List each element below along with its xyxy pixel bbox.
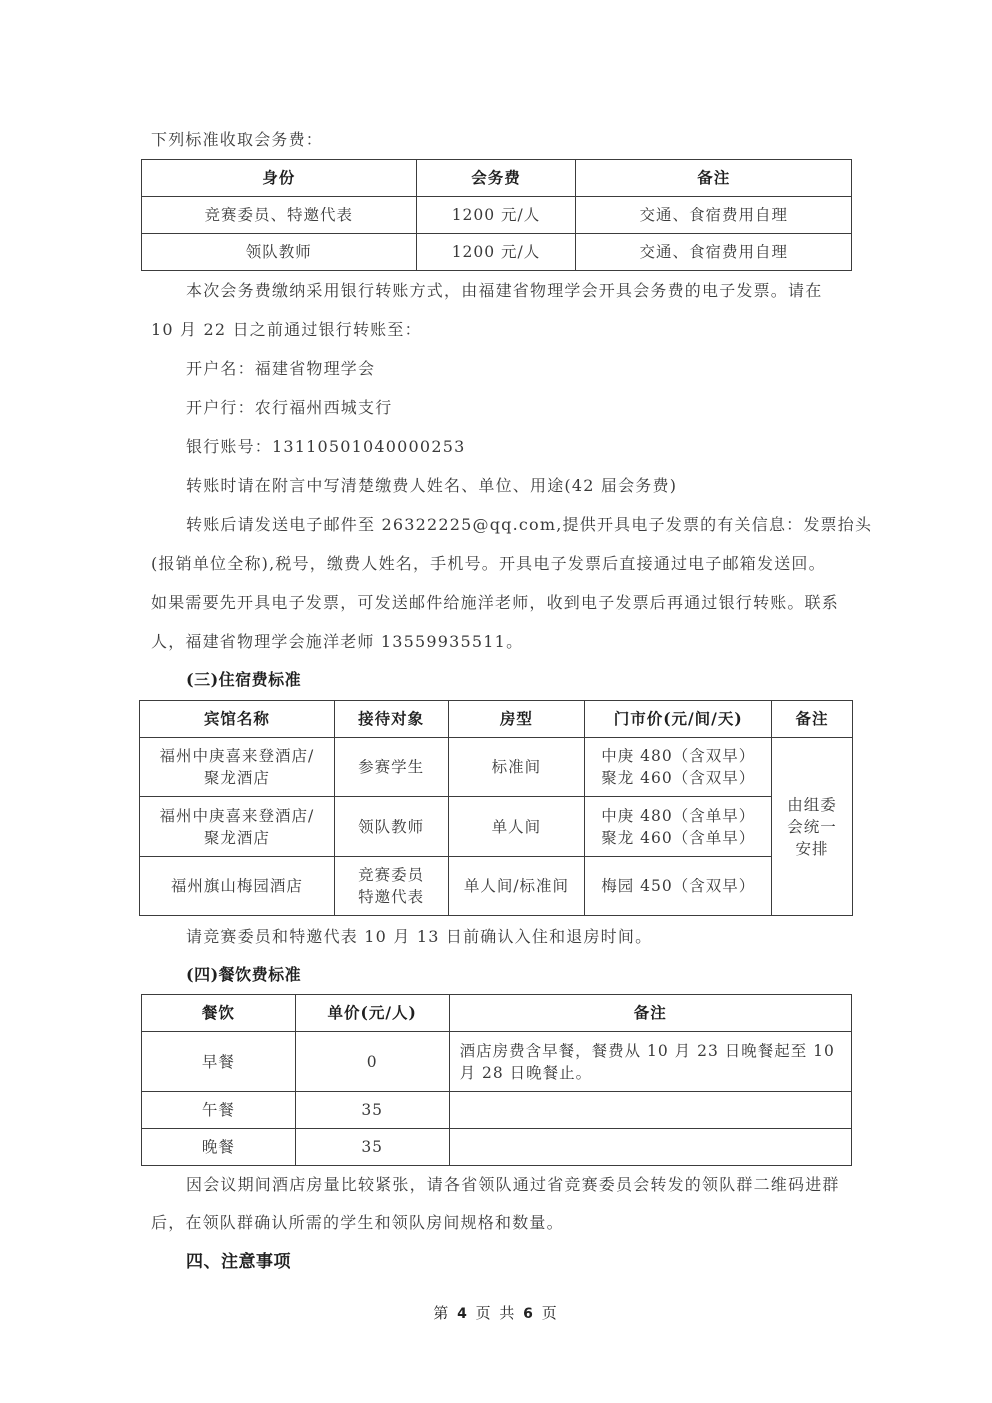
cell-price: 35	[295, 1092, 449, 1129]
payment-paragraph-line2: 10 月 22 日之前通过银行转账至：	[151, 320, 422, 340]
cell-remark-merged: 由组委会统一安排	[772, 738, 853, 916]
header-meal: 餐饮	[142, 995, 296, 1032]
cell-hotel: 福州中庚喜来登酒店/聚龙酒店	[140, 738, 335, 797]
cell-remark	[449, 1129, 851, 1166]
cell-price: 35	[295, 1129, 449, 1166]
cell-remark: 酒店房费含早餐，餐费从 10 月 23 日晚餐起至 10月 28 日晚餐止。	[449, 1032, 851, 1092]
cell-room-type: 标准间	[448, 738, 585, 797]
header-fee: 会务费	[416, 160, 576, 197]
closing-line-1: 因会议期间酒店房量比较紧张，请各省领队通过省竞赛委员会转发的领队群二维码进群	[186, 1175, 840, 1195]
table-row: 福州中庚喜来登酒店/聚龙酒店 参赛学生 标准间 中庚 480（含双早）聚龙 46…	[140, 738, 853, 797]
cell-meal: 午餐	[142, 1092, 296, 1129]
cell-guest: 竞赛委员特邀代表	[334, 857, 448, 916]
table-row: 早餐 0 酒店房费含早餐，餐费从 10 月 23 日晚餐起至 10月 28 日晚…	[142, 1032, 852, 1092]
lodging-heading: (三)住宿费标准	[186, 670, 301, 690]
lodging-table-header: 宾馆名称 接待对象 房型 门市价(元/间/天) 备注	[140, 701, 853, 738]
cell-price: 梅园 450（含双早）	[585, 857, 772, 916]
table-row: 福州中庚喜来登酒店/聚龙酒店 领队教师 单人间 中庚 480（含单早）聚龙 46…	[140, 797, 853, 857]
transfer-memo: 转账时请在附言中写清楚缴费人姓名、单位、用途(42 届会务费)	[186, 476, 677, 496]
header-remark: 备注	[449, 995, 851, 1032]
header-remark: 备注	[576, 160, 852, 197]
fee-table-header: 身份 会务费 备注	[142, 160, 852, 197]
meals-table-header: 餐饮 单价(元/人) 备注	[142, 995, 852, 1032]
header-hotel: 宾馆名称	[140, 701, 335, 738]
cell-price: 0	[295, 1032, 449, 1092]
header-unit-price: 单价(元/人)	[295, 995, 449, 1032]
email-line-1: 转账后请发送电子邮件至 26322225@qq.com,提供开具电子发票的有关信…	[186, 515, 872, 535]
cell-fee: 1200 元/人	[416, 197, 576, 234]
cell-remark	[449, 1092, 851, 1129]
cell-meal: 早餐	[142, 1032, 296, 1092]
cell-meal: 晚餐	[142, 1129, 296, 1166]
table-row: 竞赛委员、特邀代表 1200 元/人 交通、食宿费用自理	[142, 197, 852, 234]
header-price: 门市价(元/间/天)	[585, 701, 772, 738]
header-room-type: 房型	[448, 701, 585, 738]
table-row: 晚餐 35	[142, 1129, 852, 1166]
closing-line-2: 后，在领队群确认所需的学生和领队房间规格和数量。	[151, 1213, 564, 1233]
cell-hotel: 福州旗山梅园酒店	[140, 857, 335, 916]
email-line-2: (报销单位全称),税号，缴费人姓名，手机号。开具电子发票后直接通过电子邮箱发送回…	[151, 554, 826, 574]
cell-remark: 交通、食宿费用自理	[576, 197, 852, 234]
cell-identity: 领队教师	[142, 234, 417, 271]
document-page: 下列标准收取会务费： 身份 会务费 备注 竞赛委员、特邀代表 1200 元/人 …	[0, 0, 992, 1403]
current-page-number: 4	[457, 1306, 469, 1322]
cell-guest: 领队教师	[334, 797, 448, 857]
account-name: 开户名：福建省物理学会	[186, 359, 375, 379]
total-pages: 6	[523, 1306, 535, 1322]
lodging-table: 宾馆名称 接待对象 房型 门市价(元/间/天) 备注 福州中庚喜来登酒店/聚龙酒…	[139, 700, 853, 916]
bank-name: 开户行：农行福州西城支行	[186, 398, 392, 418]
cell-identity: 竞赛委员、特邀代表	[142, 197, 417, 234]
payment-paragraph-line1: 本次会务费缴纳采用银行转账方式，由福建省物理学会开具会务费的电子发票。请在	[186, 281, 822, 301]
meals-heading: (四)餐饮费标准	[186, 965, 301, 985]
cell-remark: 交通、食宿费用自理	[576, 234, 852, 271]
cell-room-type: 单人间/标准间	[448, 857, 585, 916]
cell-price: 中庚 480（含单早）聚龙 460（含单早）	[585, 797, 772, 857]
header-guest: 接待对象	[334, 701, 448, 738]
table-row: 福州旗山梅园酒店 竞赛委员特邀代表 单人间/标准间 梅园 450（含双早）	[140, 857, 853, 916]
table-row: 午餐 35	[142, 1092, 852, 1129]
table-row: 领队教师 1200 元/人 交通、食宿费用自理	[142, 234, 852, 271]
header-remark: 备注	[772, 701, 853, 738]
section-4-heading: 四、注意事项	[186, 1252, 291, 1272]
cell-price: 中庚 480（含双早）聚龙 460（含双早）	[585, 738, 772, 797]
email-line-4: 人，福建省物理学会施洋老师 13559935511。	[151, 632, 523, 652]
account-number: 银行账号：13110501040000253	[186, 437, 465, 457]
email-line-3: 如果需要先开具电子发票，可发送邮件给施洋老师，收到电子发票后再通过银行转账。联系	[151, 593, 839, 613]
fee-table: 身份 会务费 备注 竞赛委员、特邀代表 1200 元/人 交通、食宿费用自理 领…	[141, 159, 852, 271]
page-footer: 第 4 页 共 6 页	[0, 1302, 992, 1323]
meals-table: 餐饮 单价(元/人) 备注 早餐 0 酒店房费含早餐，餐费从 10 月 23 日…	[141, 994, 852, 1166]
lodging-confirm-note: 请竞赛委员和特邀代表 10 月 13 日前确认入住和退房时间。	[186, 927, 652, 947]
cell-guest: 参赛学生	[334, 738, 448, 797]
cell-hotel: 福州中庚喜来登酒店/聚龙酒店	[140, 797, 335, 857]
cell-room-type: 单人间	[448, 797, 585, 857]
header-identity: 身份	[142, 160, 417, 197]
fee-intro: 下列标准收取会务费：	[151, 130, 323, 150]
cell-fee: 1200 元/人	[416, 234, 576, 271]
